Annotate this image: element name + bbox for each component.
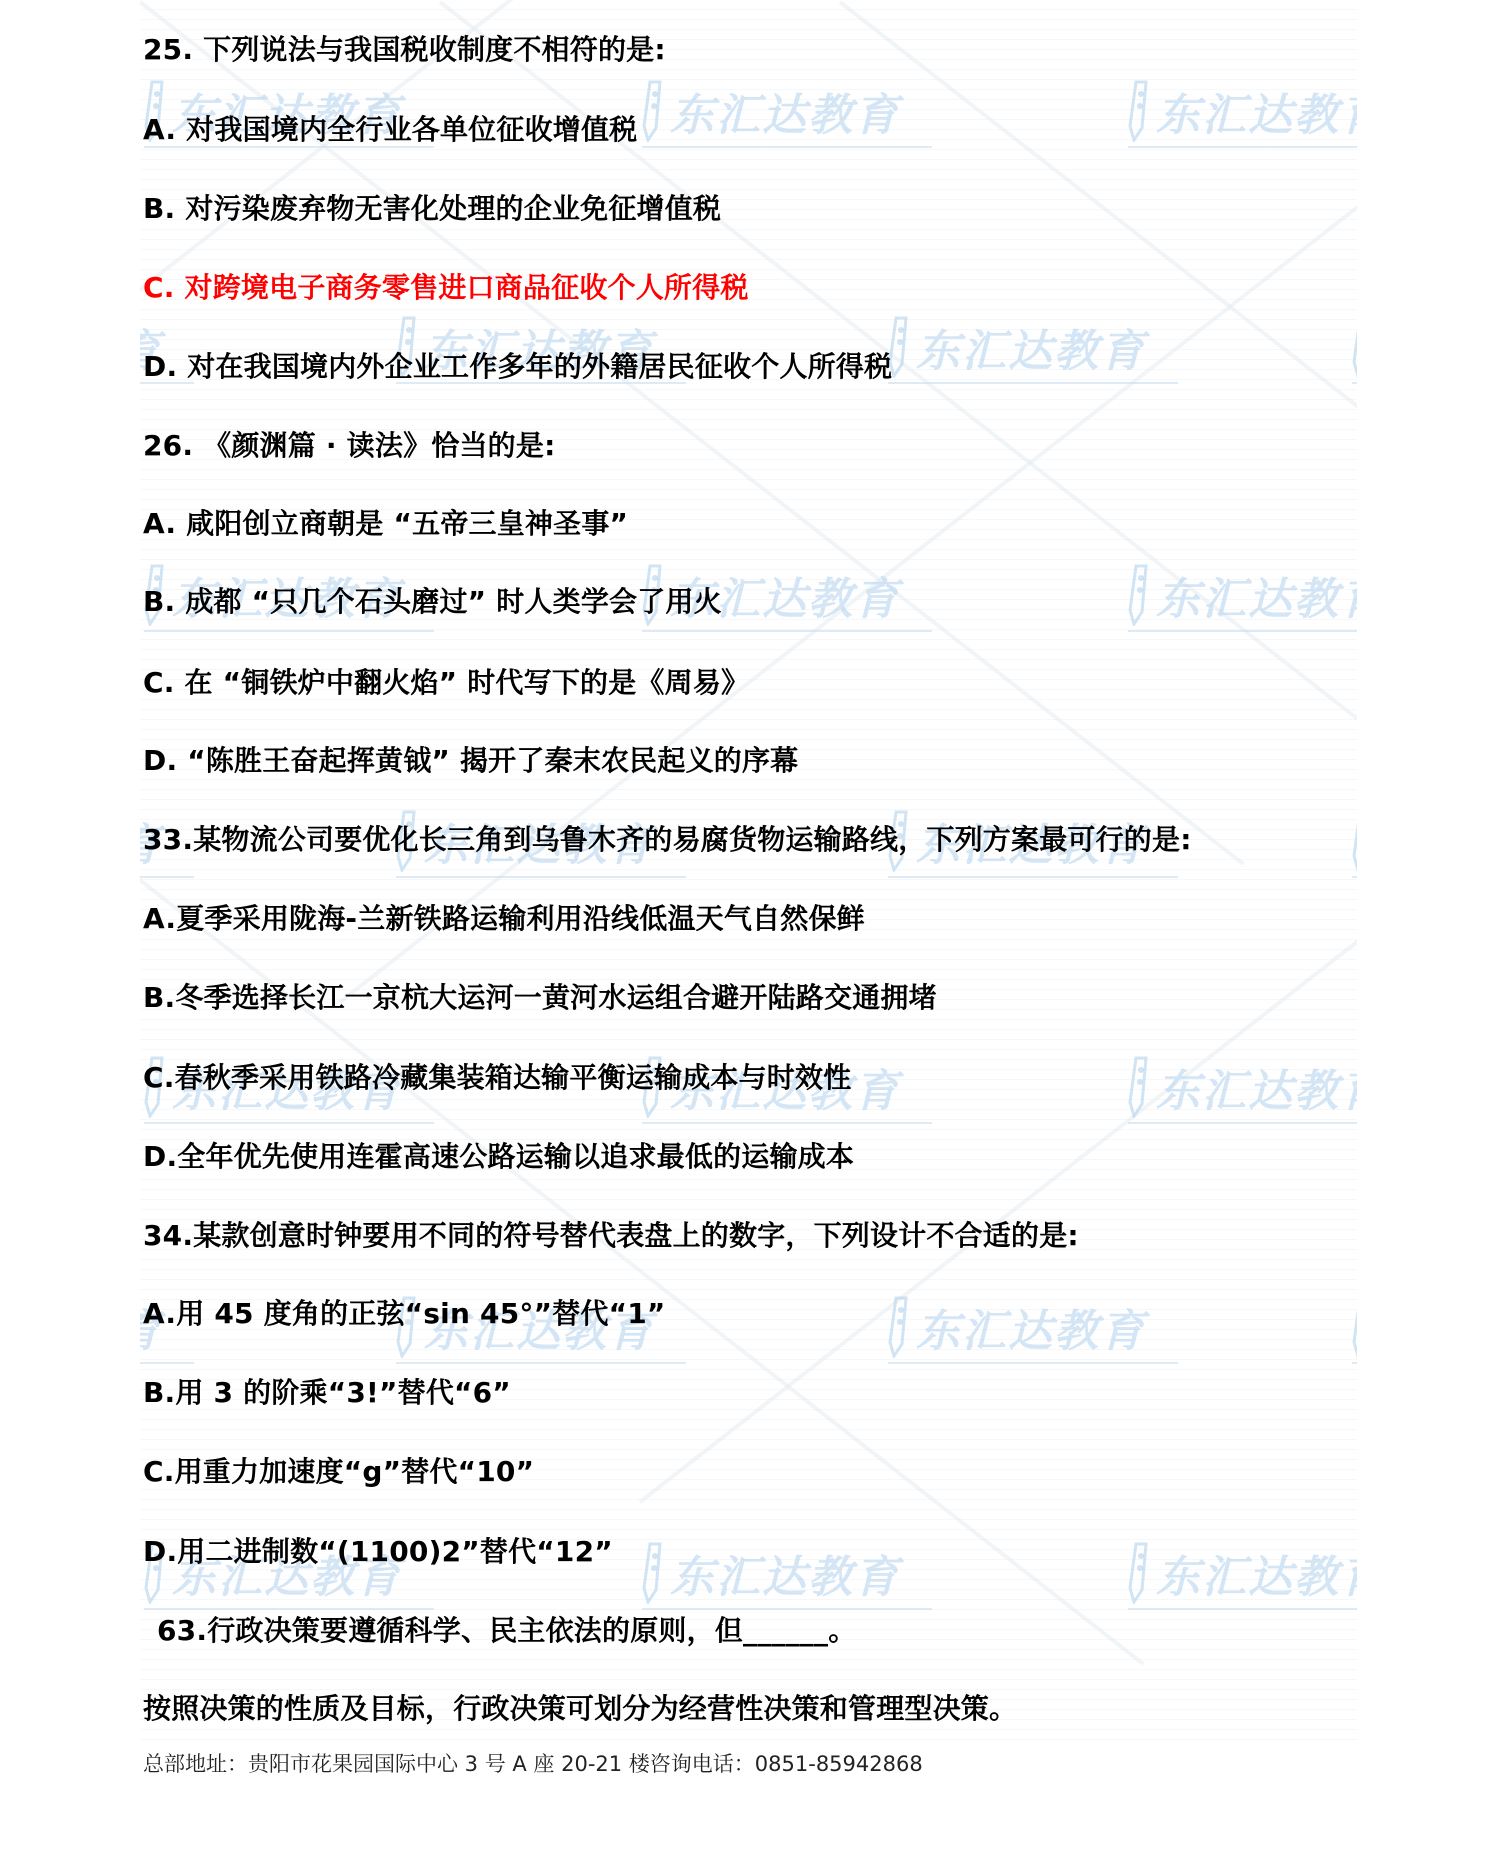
watermark-text: 东汇达教育: [1156, 563, 1357, 627]
watermark-text: 东汇达教育: [1156, 1055, 1357, 1119]
footer-address: 总部地址：贵阳市花果园国际中心 3 号 A 座 20-21 楼咨询电话：0851…: [143, 1750, 923, 1778]
question-25-option-d: D. 对在我国境内外企业工作多年的外籍居民征收个人所得税: [143, 350, 892, 384]
question-34-option-a: A.用 45 度角的正弦“sin 45°”替代“1”: [143, 1297, 666, 1331]
watermark-text: 东汇达教育: [916, 315, 1146, 379]
question-63-stem: 63.行政决策要遵循科学、民主依法的原则，但______。: [157, 1614, 856, 1648]
question-26-option-a: A. 咸阳创立商朝是 “五帝三皇神圣事”: [143, 507, 628, 541]
question-33-option-d: D.全年优先使用连霍高速公路运输以追求最低的运输成本: [143, 1140, 854, 1174]
question-33-stem: 33.某物流公司要优化长三角到乌鲁木齐的易腐货物运输路线，下列方案最可行的是:: [143, 823, 1192, 857]
watermark: 东汇达教育: [1128, 1052, 1357, 1124]
question-63-answer: 按照决策的性质及目标，行政决策可划分为经营性决策和管理型决策。: [143, 1692, 1017, 1726]
question-26-option-c: C. 在 “铜铁炉中翻火焰” 时代写下的是《周易》: [143, 666, 749, 700]
question-34-option-d: D.用二进制数“(1100)2”替代“12”: [143, 1535, 613, 1569]
watermark: 东汇达教育: [1128, 1538, 1357, 1610]
question-33-option-b: B.冬季选择长江一京杭大运河一黄河水运组合避开陆路交通拥堵: [143, 981, 937, 1015]
watermark: 东汇达教育: [888, 312, 1178, 384]
watermark: 东汇达教育: [888, 1292, 1178, 1364]
question-25-stem: 25. 下列说法与我国税收制度不相符的是:: [143, 33, 666, 67]
pencil-icon: [1352, 1296, 1357, 1358]
pencil-icon: [642, 1542, 664, 1604]
watermark-text: 东汇达教育: [670, 79, 900, 143]
question-33-option-a: A.夏季采用陇海-兰新铁路运输利用沿线低温天气自然保鲜: [143, 902, 865, 936]
question-25-option-b: B. 对污染废弃物无害化处理的企业免征增值税: [143, 192, 721, 226]
watermark-text: 东汇达教育: [670, 1541, 900, 1605]
watermark-text: 东汇达教育: [1156, 79, 1357, 143]
question-34-option-c: C.用重力加速度“g”替代“10”: [143, 1455, 534, 1489]
watermark: 东汇达教育: [1128, 76, 1357, 148]
question-26-option-d: D. “陈胜王奋起挥黄钺” 揭开了秦末农民起义的序幕: [143, 744, 798, 778]
watermark: 东汇达教育: [1352, 312, 1357, 384]
question-33-option-c: C.春秋季采用铁路冷藏集装箱达输平衡运输成本与时效性: [143, 1061, 851, 1095]
pencil-icon: [888, 1296, 910, 1358]
pencil-icon: [1128, 80, 1150, 142]
watermark: 东汇达教育: [1128, 560, 1357, 632]
pencil-icon: [1128, 1542, 1150, 1604]
pencil-icon: [1128, 1056, 1150, 1118]
watermark-text: 东汇达教育: [1156, 1541, 1357, 1605]
question-25-option-a: A. 对我国境内全行业各单位征收增值税: [143, 113, 637, 147]
pencil-icon: [1352, 316, 1357, 378]
watermark: 东汇达教育: [642, 76, 932, 148]
pencil-icon: [642, 80, 664, 142]
watermark-text: 东汇达教育: [916, 1295, 1146, 1359]
question-34-option-b: B.用 3 的阶乘“3!”替代“6”: [143, 1376, 511, 1410]
watermark: 东汇达教育: [1352, 1292, 1357, 1364]
question-26-option-b: B. 成都 “只几个石头磨过” 时人类学会了用火: [143, 585, 722, 619]
question-26-stem: 26. 《颜渊篇 · 读法》恰当的是:: [143, 429, 555, 463]
watermark: 东汇达教育: [1352, 806, 1357, 878]
pencil-icon: [1128, 564, 1150, 626]
question-34-stem: 34.某款创意时钟要用不同的符号替代表盘上的数字，下列设计不合适的是:: [143, 1219, 1079, 1253]
watermark: 东汇达教育: [642, 1538, 932, 1610]
pencil-icon: [1352, 810, 1357, 872]
question-25-option-c-answer: C. 对跨境电子商务零售进口商品征收个人所得税: [143, 271, 749, 305]
